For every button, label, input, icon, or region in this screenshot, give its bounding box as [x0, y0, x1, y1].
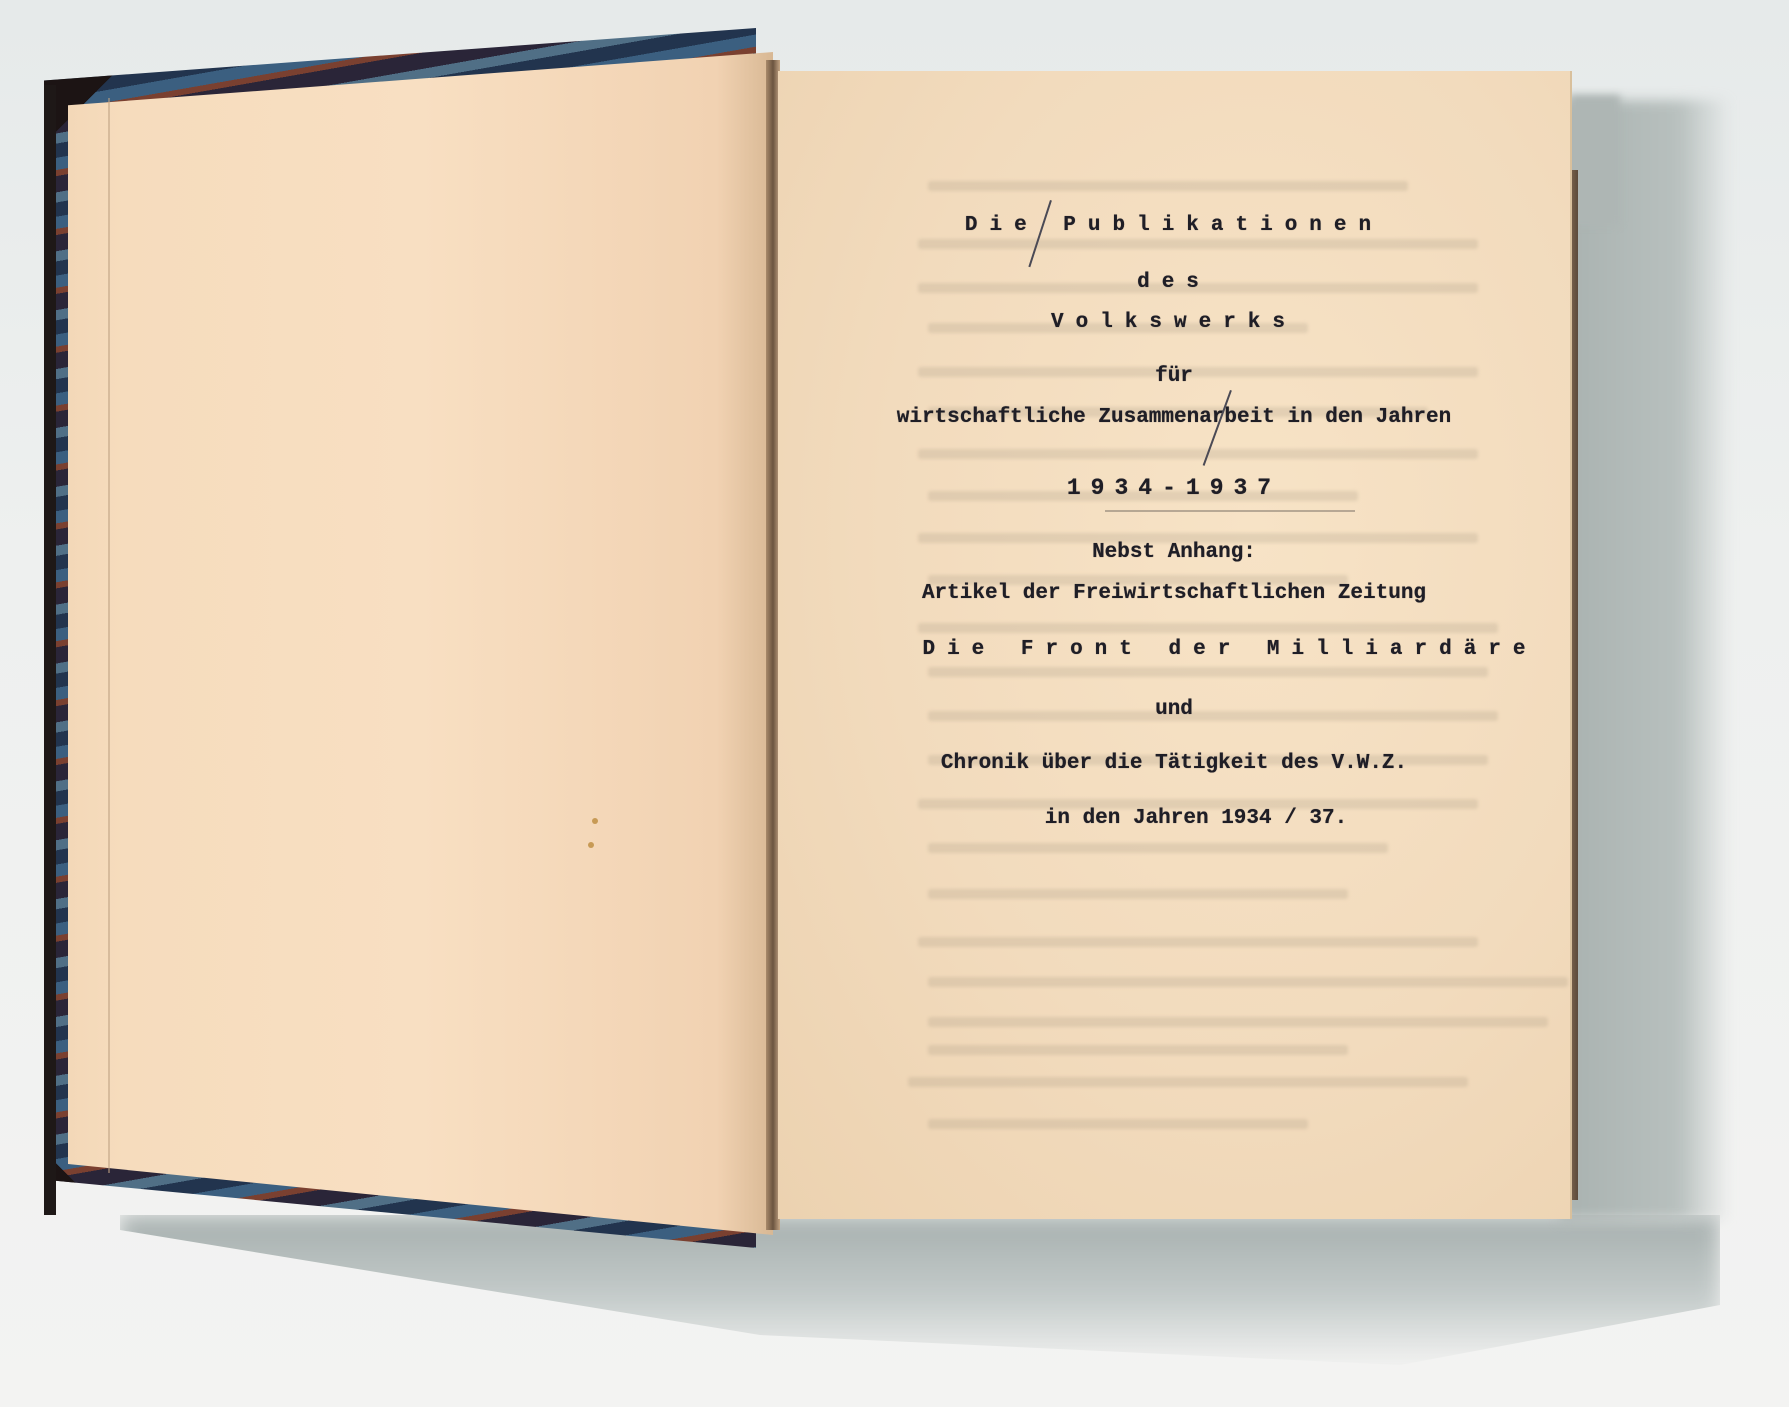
title-line-volkswerks: Volkswerks	[778, 311, 1570, 335]
blank-flyleaf-page	[68, 52, 773, 1235]
years-underline	[1105, 510, 1355, 512]
title-line-years: 1934-1937	[778, 476, 1570, 500]
appendix-line-front: Die Front der Milliardäre	[860, 638, 1600, 662]
cover-corner-edge	[44, 85, 56, 1215]
title-line-publikationen: Die Publikationen	[778, 214, 1570, 238]
title-line-zusammenarbeit: wirtschaftliche Zusammenarbeit in den Ja…	[778, 406, 1570, 430]
appendix-heading: Nebst Anhang:	[778, 541, 1570, 565]
book-shadow-bottom	[120, 1215, 1720, 1365]
paper-spot	[592, 818, 598, 824]
flyleaf-fold-line	[108, 98, 110, 1173]
appendix-line-chronik: Chronik über die Tätigkeit des V.W.Z.	[778, 752, 1570, 776]
paper-spot	[588, 842, 594, 848]
title-line-fuer: für	[778, 365, 1570, 389]
title-line-des: des	[778, 271, 1570, 295]
photo-scene: Die Publikationen des Volkswerks für wir…	[0, 0, 1789, 1407]
appendix-line-jahre: in den Jahren 1934 / 37.	[800, 807, 1592, 831]
appendix-line-artikel: Artikel der Freiwirtschaftlichen Zeitung	[778, 582, 1570, 606]
appendix-line-und: und	[778, 698, 1570, 722]
